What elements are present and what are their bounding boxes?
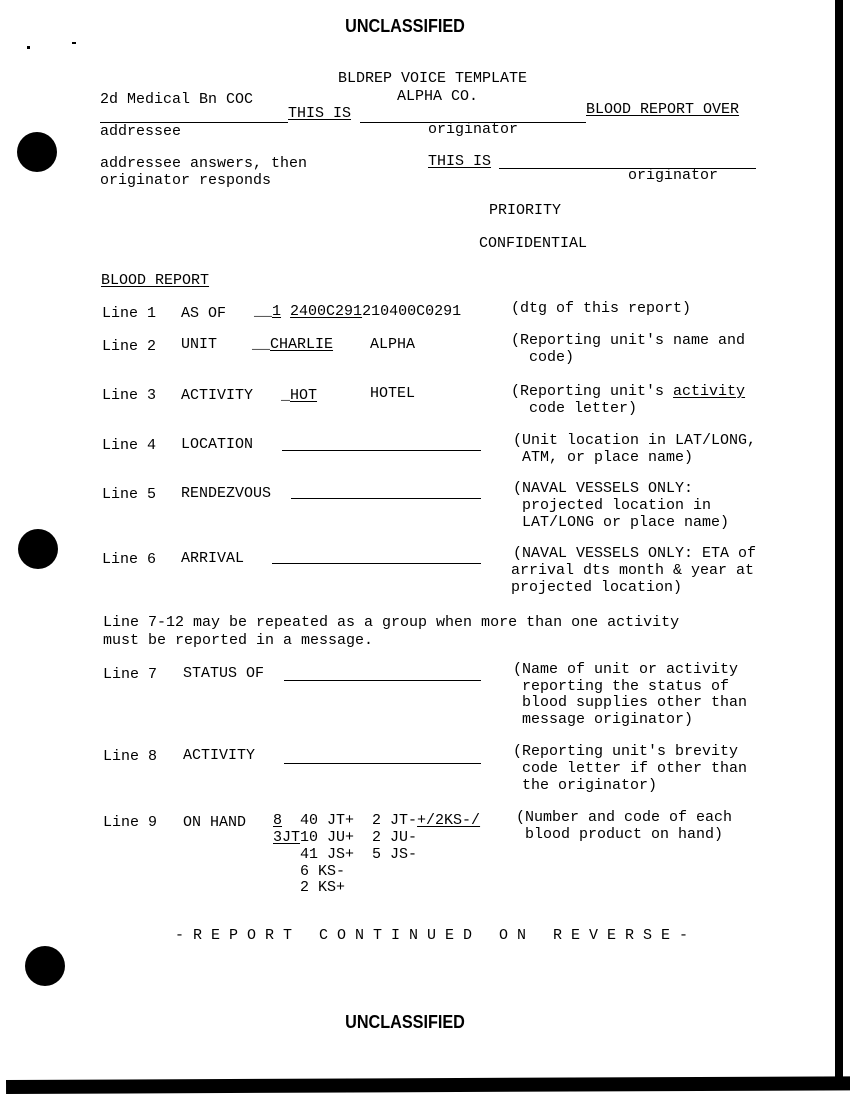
line-description: (dtg of this report) [511,300,691,317]
answers-line-2: originator responds [100,172,271,189]
priority-label: PRIORITY [489,202,561,219]
line-description-cont: message originator) [513,711,693,728]
line-number: Line 7 [103,666,157,683]
line-label: AS OF [181,305,226,322]
line-number: Line 2 [102,338,156,355]
line-description-cont: reporting the status of [513,678,729,695]
repeat-note-line-1: Line 7-12 may be repeated as a group whe… [103,614,679,631]
on-hand-counts: 40 JT+ 2 JT- [282,812,417,829]
classification-top: UNCLASSIFIED [41,16,770,37]
line-label: RENDEZVOUS [181,485,271,502]
originator-label: originator [428,121,518,138]
desc-emphasis: activity [673,383,745,400]
line-description-cont: LAT/LONG or place name) [513,514,729,531]
punch-hole-bottom [25,946,65,986]
page-edge-bottom [6,1076,850,1094]
line-description: (NAVAL VESSELS ONLY: ETA of [513,545,756,562]
line-label: LOCATION [181,436,253,453]
addressee-value: 2d Medical Bn COC [100,91,253,108]
activity-name: HOTEL [370,385,415,402]
value-underlined-2: 2400C291 [290,303,362,320]
punch-hole-top [17,132,57,172]
activity-value[interactable]: _HOT [281,387,317,404]
line-label: ON HAND [183,814,246,831]
addressee-label: addressee [100,123,181,140]
unit-code: ALPHA [370,336,415,353]
on-hand-row-2: 3JT10 JU+ 2 JU- [273,829,417,846]
value-prefix: __ [252,336,270,353]
originator-label-2: originator [628,167,718,184]
line-number: Line 5 [102,486,156,503]
page-edge-right [835,0,843,1080]
activity-code: HOT [290,387,317,404]
rendezvous-field[interactable] [291,498,481,499]
desc-text: (Reporting unit's [511,383,673,400]
line-label: ACTIVITY [181,387,253,404]
line-description: (NAVAL VESSELS ONLY: [513,480,693,497]
answers-line-1: addressee answers, then [100,155,307,172]
value-rest: 210400C0291 [362,303,461,320]
line-description-cont: code letter if other than [513,760,747,777]
confidential-label: CONFIDENTIAL [479,235,587,252]
line-description-cont: blood product on hand) [516,826,723,843]
template-title: BLDREP VOICE TEMPLATE [338,70,527,87]
arrival-field[interactable] [272,563,481,564]
blood-report-heading: BLOOD REPORT [101,272,209,289]
on-hand-annotation: +/2KS-/ [417,812,480,829]
line-description: (Reporting unit's brevity [513,743,738,760]
line-description: (Name of unit or activity [513,661,738,678]
line-description-cont: arrival dts month & year at [511,562,754,579]
line-description-cont: projected location in [513,497,711,514]
on-hand-mark: 8 [273,812,282,829]
repeat-note-line-2: must be reported in a message. [103,632,373,649]
line-description: (Reporting unit's activity [511,383,745,400]
line-label: ACTIVITY [183,747,255,764]
value-underlined-1: 1 [272,303,281,320]
on-hand-row-4: 6 KS- [273,863,345,880]
on-hand-mark: 3JT [273,829,300,846]
line-description-cont: projected location) [511,579,682,596]
line-description: (Unit location in LAT/LONG, [513,432,756,449]
line-description-cont: blood supplies other than [513,694,747,711]
line-description-cont: code letter) [511,400,637,417]
unit-name: CHARLIE [270,336,333,353]
line-number: Line 3 [102,387,156,404]
template-subtitle: ALPHA CO. [397,88,478,105]
on-hand-counts: 10 JU+ 2 JU- [300,829,417,846]
blood-report-over: BLOOD REPORT OVER [586,101,739,118]
unit-value[interactable]: __CHARLIE [252,336,333,353]
line-description: (Number and code of each [516,809,732,826]
line-description-cont: code) [511,349,574,366]
punch-hole-middle [18,529,58,569]
as-of-value[interactable]: __1 2400C291210400C0291 [254,303,461,320]
line-number: Line 9 [103,814,157,831]
line-number: Line 4 [102,437,156,454]
on-hand-row-3: 41 JS+ 5 JS- [273,846,417,863]
line-description-cont: the originator) [513,777,657,794]
value-prefix: _ [281,387,290,404]
scan-speck [27,46,30,49]
line-label: ARRIVAL [181,550,244,567]
value-prefix: __ [254,303,272,320]
line-number: Line 6 [102,551,156,568]
line-label: STATUS OF [183,665,264,682]
line-label: UNIT [181,336,217,353]
classification-bottom: UNCLASSIFIED [41,1012,770,1033]
scan-speck [72,42,76,44]
status-of-field[interactable] [284,680,481,681]
line-number: Line 8 [103,748,157,765]
line-description-cont: ATM, or place name) [513,449,693,466]
this-is-label-2: THIS IS [428,153,491,170]
activity-field[interactable] [284,763,481,764]
this-is-label: THIS IS [288,105,351,122]
on-hand-row-5: 2 KS+ [273,879,345,896]
line-number: Line 1 [102,305,156,322]
continued-on-reverse: -REPORT CONTINUED ON REVERSE- [175,927,697,944]
line-description: (Reporting unit's name and [511,332,745,349]
location-field[interactable] [282,450,481,451]
on-hand-row-1: 8 40 JT+ 2 JT-+/2KS-/ [273,812,480,829]
